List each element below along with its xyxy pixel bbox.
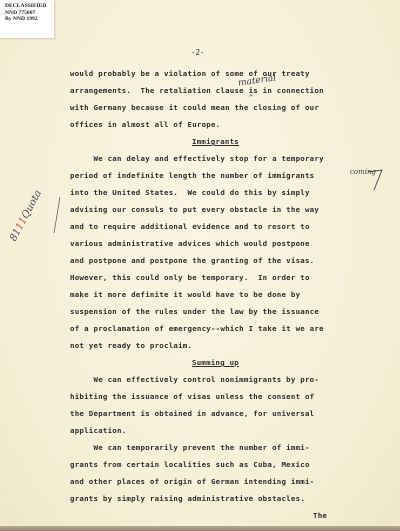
page-number: -2- xyxy=(191,48,205,57)
section-heading-immigrants: Immigrants xyxy=(192,137,239,146)
text-line: arrangements. The retaliation clause is … xyxy=(70,86,324,95)
text-line: application. xyxy=(70,426,126,435)
text-line: suspension of the rules under the law by… xyxy=(70,307,319,316)
text-line: not yet ready to proclaim. xyxy=(70,341,192,350)
text-line: various administrative advices which wou… xyxy=(70,239,310,248)
text-line: However, this could only be temporary. I… xyxy=(70,273,310,282)
declassified-stamp: DECLASSIFIED NND 775007 By NND 1992 xyxy=(0,0,54,38)
stamp-line: NND 775007 xyxy=(5,10,54,17)
text-line: and other places of origin of German int… xyxy=(70,477,314,486)
insertion-caret: ^ xyxy=(248,94,254,102)
text-line: with Germany because it could mean the c… xyxy=(70,103,319,112)
text-line: offices in almost all of Europe. xyxy=(70,120,220,129)
text-line: into the United States. We could do this… xyxy=(70,188,310,197)
handwritten-stroke-icon xyxy=(366,168,386,192)
text-line: We can delay and effectively stop for a … xyxy=(70,154,324,163)
text-line: advising our consuls to put every obstac… xyxy=(70,205,319,214)
text-line: and postpone and postpone the granting o… xyxy=(70,256,314,265)
margin-bracket-icon xyxy=(52,195,62,235)
text-line: grants by simply raising administrative … xyxy=(70,494,305,503)
text-line: We can effectively control nonimmigrants… xyxy=(70,375,319,384)
stamp-line: By NND 1992 xyxy=(5,16,54,23)
text-line: period of indefinite length the number o… xyxy=(70,171,314,180)
text-line: We can temporarily prevent the number of… xyxy=(70,443,310,452)
text-line: and to require additional evidence and t… xyxy=(70,222,310,231)
text-line: hibiting the issuance of visas unless th… xyxy=(70,392,314,401)
text-line: the Department is obtained in advance, f… xyxy=(70,409,314,418)
continuation-word: The xyxy=(313,511,327,520)
text-line: grants from certain localities such as C… xyxy=(70,460,310,469)
text-line: of a proclamation of emergency--which I … xyxy=(70,324,324,333)
page-edge xyxy=(0,526,400,531)
text-line: make it more definite it would have to b… xyxy=(70,290,300,299)
section-heading-summing-up: Summing up xyxy=(192,358,239,367)
stamp-line: DECLASSIFIED xyxy=(5,3,54,10)
